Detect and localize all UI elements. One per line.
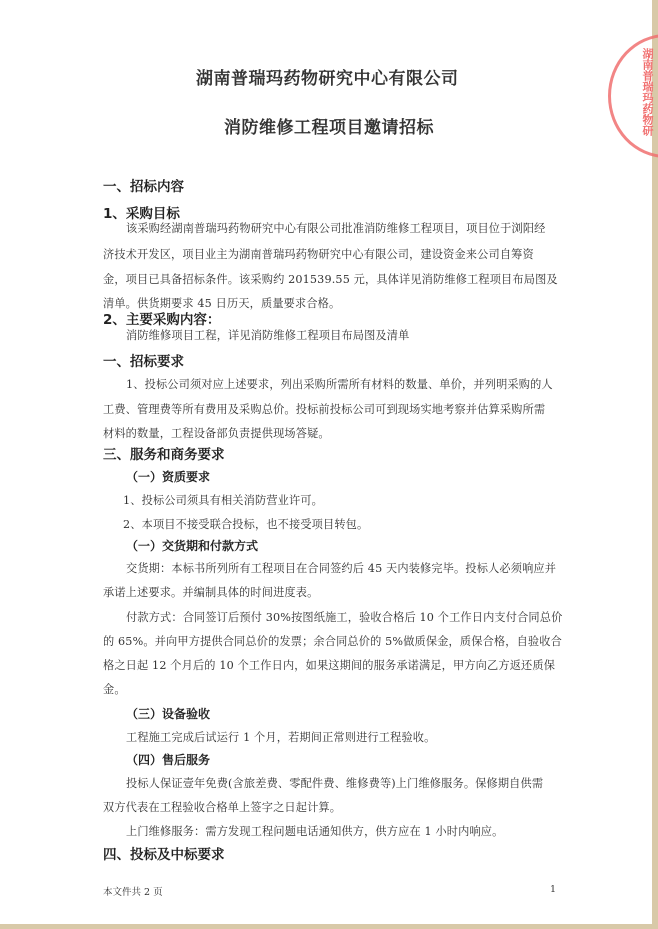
paragraph-line: 双方代表在工程验收合格单上签字之日起计算。	[103, 799, 341, 815]
subsection-heading: （一）交货期和付款方式	[126, 537, 258, 554]
subsection-heading: （一）资质要求	[126, 468, 210, 485]
paragraph-line: 金，项目已具备招标条件。该采购约 201539.55 元，具体详见消防维修工程项…	[103, 271, 558, 287]
section-heading: 一、招标内容	[103, 175, 184, 195]
paragraph-line: 承诺上述要求。并编制具体的时间进度表。	[103, 584, 318, 600]
footer-page-number: 1	[550, 884, 556, 895]
subsection-heading: （四）售后服务	[126, 751, 210, 768]
paragraph-line: 该采购经湖南普瑞玛药物研究中心有限公司批准消防维修工程项目，项目位于浏阳经	[126, 220, 546, 236]
section-heading: 四、投标及中标要求	[103, 843, 225, 863]
paragraph-line: 付款方式：合同签订后预付 30%按图纸施工，验收合格后 10 个工作日内支付合同…	[126, 609, 562, 625]
paragraph-line: 1、投标公司须对应上述要求，列出采购所需所有材料的数量、单价，并列明采购的人	[126, 376, 553, 392]
section-heading: 1、采购目标	[103, 202, 180, 222]
subsection-heading: （三）设备验收	[126, 705, 210, 722]
paragraph-line: 工费、管理费等所有费用及采购总价。投标前投标公司可到现场实地考察并估算采购所需	[103, 401, 545, 417]
company-title: 湖南普瑞玛药物研究中心有限公司	[196, 64, 459, 89]
paragraph-line: 工程施工完成后试运行 1 个月，若期间正常则进行工程验收。	[126, 729, 435, 745]
paragraph-line: 消防维修项目工程，详见消防维修工程项目布局图及清单	[126, 327, 409, 343]
paragraph-line: 1、投标公司须具有相关消防营业许可。	[123, 492, 323, 508]
paragraph-line: 2、本项目不接受联合投标，也不接受项目转包。	[123, 516, 368, 532]
document-page: 湖南普瑞玛药物研 湖南普瑞玛药物研究中心有限公司 消防维修工程项目邀请招标 一、…	[0, 0, 652, 924]
paragraph-line: 济技术开发区，项目业主为湖南普瑞玛药物研究中心有限公司，建设资金来公司自筹资	[103, 246, 534, 262]
seal-text: 湖南普瑞玛药物研	[624, 48, 654, 138]
paragraph-line: 金。	[103, 681, 126, 697]
paragraph-line: 交货期：本标书所列所有工程项目在合同签约后 45 天内装修完毕。投标人必须响应并	[126, 560, 556, 576]
section-heading: 一、招标要求	[103, 350, 184, 370]
section-heading: 2、主要采购内容：	[103, 308, 220, 328]
paragraph-line: 格之日起 12 个月后的 10 个工作日内，如果这期间的服务承诺满足，甲方向乙方…	[103, 657, 555, 673]
paragraph-line: 投标人保证壹年免费(含旅差费、零配件费、维修费等)上门维修服务。保修期自供需	[126, 775, 543, 791]
section-heading: 三、服务和商务要求	[103, 443, 225, 463]
paragraph-line: 上门维修服务：需方发现工程问题电话通知供方，供方应在 1 小时内响应。	[126, 823, 503, 839]
paragraph-line: 材料的数量，工程设备部负责提供现场答疑。	[103, 425, 330, 441]
document-title: 消防维修工程项目邀请招标	[224, 113, 434, 138]
paragraph-line: 的 65%。并向甲方提供合同总价的发票；余合同总价的 5%做质保金，质保合格，自…	[103, 633, 562, 649]
footer-total-pages: 本文件共 2 页	[103, 884, 163, 898]
